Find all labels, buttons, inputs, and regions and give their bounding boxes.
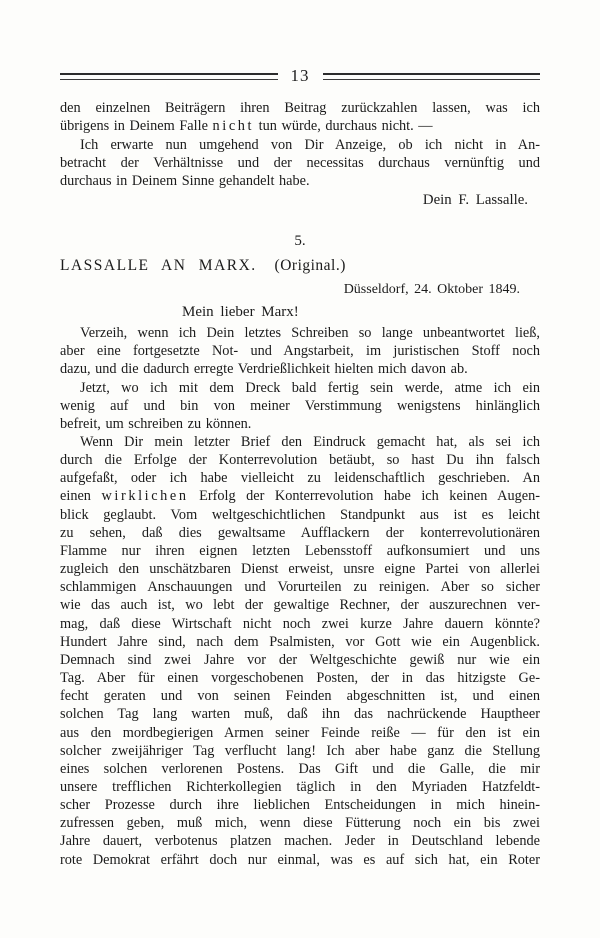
text-line: zu sehen, daß dies gewaltsame Aufflacker… — [60, 524, 540, 542]
text-line: dazu, und die dadurch erregte Verdrießli… — [60, 360, 540, 378]
letter-5-body: Verzeih, wenn ich Dein letztes Schreiben… — [60, 324, 540, 869]
paragraph: Verzeih, wenn ich Dein letztes Schreiben… — [60, 324, 540, 378]
text-line: eines solchen verlorenen Postens. Das Gi… — [60, 760, 540, 778]
header-rule-right — [323, 73, 541, 80]
text-line: aus den mordbegierigen Armen seiner Fein… — [60, 724, 540, 742]
text-line: unsere trefflichen Richterkollegien tägl… — [60, 778, 540, 796]
text-line: blick geglaubt. Vom weltgeschichtlichen … — [60, 506, 540, 524]
text-line: durchaus in Deinem Sinne gehandelt habe. — [60, 172, 540, 190]
letter-5-number: 5. — [60, 232, 540, 250]
running-head: 13 — [60, 66, 540, 86]
text-line: Jetzt, wo ich mit dem Dreck bald fertig … — [60, 379, 540, 397]
text-line: schlammigen Anschauungen und Vorurteilen… — [60, 578, 540, 596]
letter-4-continuation: den einzelnen Beiträgern ihren Beitrag z… — [60, 99, 540, 191]
text-line: Hundert Jahre sind, nach dem Psalmisten,… — [60, 633, 540, 651]
text-line: durch die Erfolge der Konterrevolution b… — [60, 451, 540, 469]
text-line: Jahre dauert, verbotenus platzen machen.… — [60, 832, 540, 850]
text-line: übrigens in Deinem Falle nicht tun würde… — [60, 117, 540, 135]
text-block: 13 den einzelnen Beiträgern ihren Beitra… — [60, 0, 540, 869]
letter-5-salutation: Mein lieber Marx! — [182, 303, 540, 321]
paragraph: den einzelnen Beiträgern ihren Beitrag z… — [60, 99, 540, 136]
text-line: Wenn Dir mein letzter Brief den Eindruck… — [60, 433, 540, 451]
header-rule-left — [60, 73, 278, 80]
letter-5-title-row: LASSALLE AN MARX. (Original.) — [60, 256, 540, 276]
page-number: 13 — [291, 66, 310, 86]
text-line: betracht der Verhältnisse und der necess… — [60, 154, 540, 172]
letter-5-dateline: Düsseldorf, 24. Oktober 1849. — [60, 281, 540, 298]
text-line: Flamme nur ihren eignen letzten Lebensst… — [60, 542, 540, 560]
text-line: solchen Tag lang warten muß, daß ihn das… — [60, 705, 540, 723]
text-line: einen wirklichen Erfolg der Konterrevolu… — [60, 487, 540, 505]
text-line: Tag. Aber für einen vorgeschobenen Poste… — [60, 669, 540, 687]
paragraph: Ich erwarte nun umgehend von Dir Anzeige… — [60, 136, 540, 191]
letter-5-title: LASSALLE AN MARX. — [60, 257, 257, 274]
text-line: rote Demokrat erfährt doch nur einmal, w… — [60, 851, 540, 869]
text-line: zugleich den unschätzbaren Dienst erweis… — [60, 560, 540, 578]
paragraph: Jetzt, wo ich mit dem Dreck bald fertig … — [60, 379, 540, 433]
text-line: fecht geraten und von seinen Feinden abg… — [60, 687, 540, 705]
text-line: wenig auf und bin von meiner Verstimmung… — [60, 397, 540, 415]
text-line: Demnach sind zwei Jahre vor der Weltgesc… — [60, 651, 540, 669]
text-line: aber eine fortgesetzte Not- und Angstarb… — [60, 342, 540, 360]
text-line: mag, daß diese Wirtschaft nicht noch zwe… — [60, 615, 540, 633]
text-line: Verzeih, wenn ich Dein letztes Schreiben… — [60, 324, 540, 342]
text-line: wie das auch ist, wo lebt der gewaltige … — [60, 596, 540, 614]
text-line: solcher zweijähriger Tag verflucht lang!… — [60, 742, 540, 760]
paragraph: Wenn Dir mein letzter Brief den Eindruck… — [60, 433, 540, 869]
text-line: Ich erwarte nun umgehend von Dir Anzeige… — [60, 136, 540, 154]
text-line: befreit, um schreiben zu können. — [60, 415, 540, 433]
letter-5-title-note: (Original.) — [275, 257, 346, 274]
book-page: 13 den einzelnen Beiträgern ihren Beitra… — [0, 0, 600, 938]
text-line: den einzelnen Beiträgern ihren Beitrag z… — [60, 99, 540, 117]
text-line: aufgefaßt, oder ich habe vielleicht zu l… — [60, 469, 540, 487]
letter-4-signature: Dein F. Lassalle. — [60, 191, 540, 209]
text-line: scher Prozesse durch ihre lieblichen Ent… — [60, 796, 540, 814]
text-line: zufressen geben, muß mich, wenn diese Fü… — [60, 814, 540, 832]
